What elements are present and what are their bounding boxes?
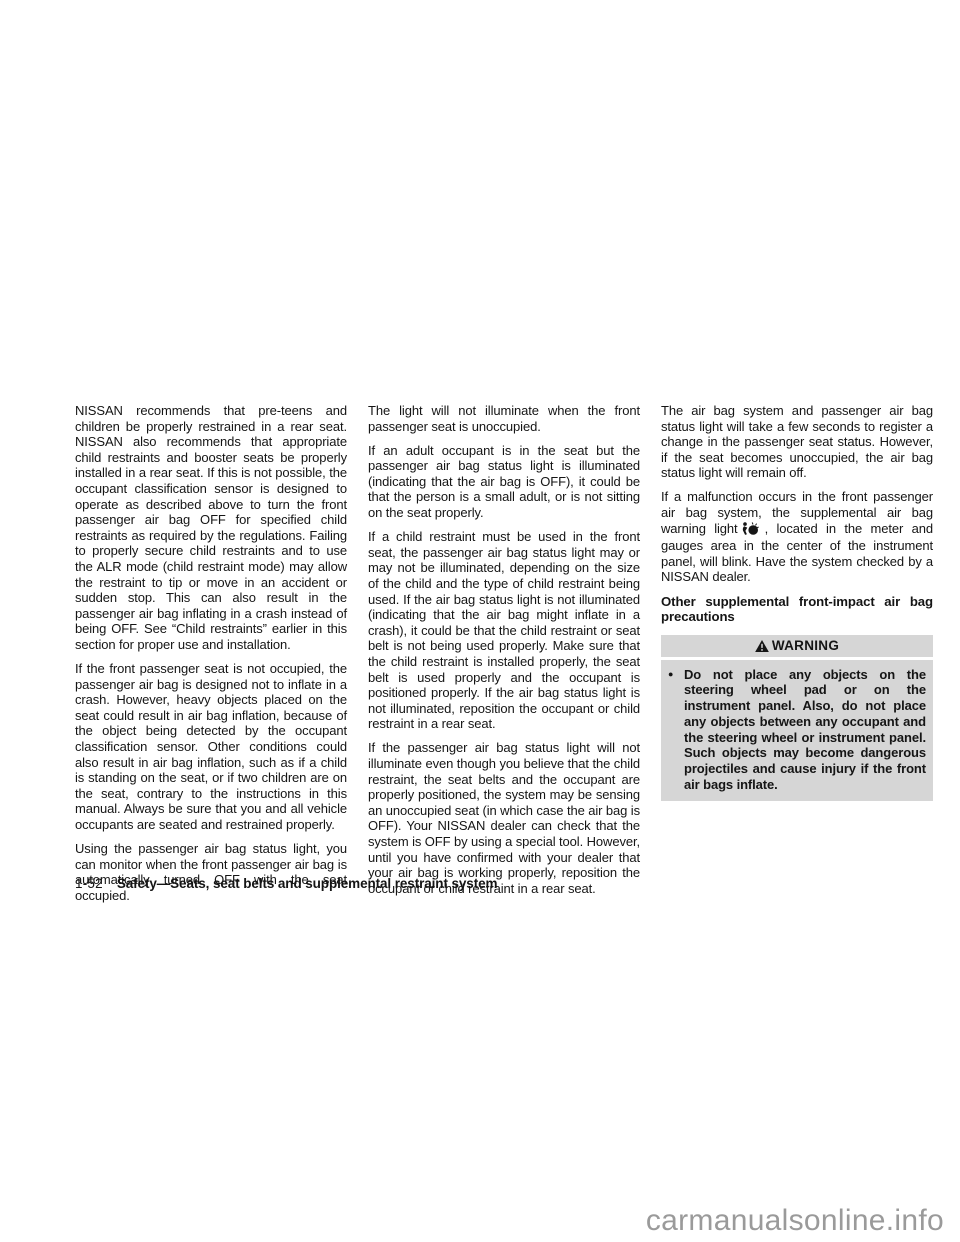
paragraph: If an adult occupant is in the seat but … xyxy=(368,443,640,521)
warning-body: ● Do not place any objects on the steeri… xyxy=(661,660,933,802)
bullet-icon: ● xyxy=(666,667,684,793)
warning-item-text: Do not place any objects on the steering… xyxy=(684,667,926,793)
paragraph: If the front passenger seat is not occup… xyxy=(75,661,347,833)
warning-item: ● Do not place any objects on the steeri… xyxy=(666,667,926,793)
paragraph: The air bag system and passenger air bag… xyxy=(661,403,933,481)
column-3: The air bag system and passenger air bag… xyxy=(661,403,933,912)
page-footer: 1-52Safety—Seats, seat belts and supplem… xyxy=(75,876,497,891)
manual-page: NISSAN recommends that pre-teens and chi… xyxy=(0,0,960,1242)
warning-box: WARNING ● Do not place any objects on th… xyxy=(661,635,933,802)
paragraph: The light will not illuminate when the f… xyxy=(368,403,640,434)
page-number: 1-52 xyxy=(75,876,103,891)
column-1: NISSAN recommends that pre-teens and chi… xyxy=(75,403,347,912)
column-2: The light will not illuminate when the f… xyxy=(368,403,640,912)
paragraph-with-airbag-icon: If a malfunction occurs in the front pas… xyxy=(661,489,933,585)
warning-title: WARNING xyxy=(772,638,839,654)
page-content: NISSAN recommends that pre-teens and chi… xyxy=(75,403,933,912)
warning-header: WARNING xyxy=(661,635,933,657)
paragraph: NISSAN recommends that pre-teens and chi… xyxy=(75,403,347,653)
airbag-warning-icon xyxy=(741,522,759,539)
paragraph: If a child restraint must be used in the… xyxy=(368,529,640,732)
paragraph: Using the passenger air bag status light… xyxy=(75,841,347,903)
section-heading: Other supplemental front-impact air bag … xyxy=(661,594,933,625)
paragraph: If the passenger air bag status light wi… xyxy=(368,740,640,896)
warning-triangle-icon xyxy=(755,640,769,652)
footer-section-title: Safety—Seats, seat belts and supplementa… xyxy=(117,876,498,891)
watermark: carmanualsonline.info xyxy=(646,1204,944,1238)
